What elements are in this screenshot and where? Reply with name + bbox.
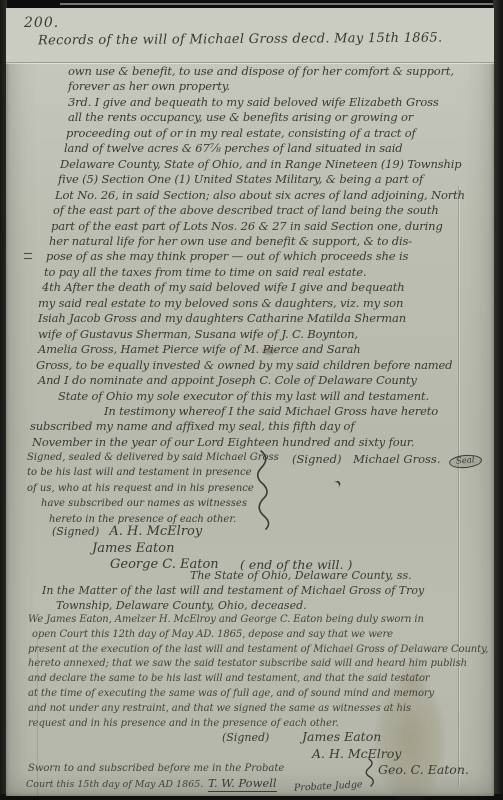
will-line: November in the year of our Lord Eightee… [30,435,465,450]
probate-signed-label: (Signed) [222,731,269,744]
will-line: part of the east part of Lots Nos. 26 & … [30,219,465,234]
probate-line: We James Eaton, Amelzer H. McElroy and G… [28,613,488,628]
will-line: 4th After the death of my said beloved w… [30,280,465,295]
scanned-will-record-page: 200. Records of the will of Michael Gros… [0,0,503,800]
will-line: Delaware County, State of Ohio, and in R… [30,157,465,172]
margin-hyphen-mark [24,253,32,259]
probate-deposition-text: We James Eaton, Amelzer H. McElroy and G… [28,613,488,731]
witness-signature-1: (Signed)A. H. McElroy [52,524,202,539]
probate-witness-signature-1: James Eaton [302,729,381,744]
probate-line: present at the execution of the last wil… [28,643,488,658]
probate-line: and declare the same to be his last will… [28,672,488,687]
attestation-line: of us, who at his request and in his pre… [27,481,279,496]
will-line: forever as her own property. [30,79,465,94]
seal-stamp: Seal [448,454,482,470]
scanner-glare-line [60,3,503,5]
judge-signature: T. W. Powell [208,776,277,792]
probate-jurisdiction-heading: The State of Ohio, Delaware County, ss. [190,569,412,582]
will-line: State of Ohio my sole executor of this m… [30,389,465,404]
probate-matter-line: In the Matter of the last will and testa… [42,584,424,597]
probate-witness-signature-2: A. H. McElroy [312,746,401,761]
will-line: Amelia Gross, Hamet Pierce wife of M. Pi… [30,342,465,357]
probate-line: request and in his presence and in the p… [28,717,488,732]
attestation-clause: Signed, sealed & delivered by said Micha… [27,450,279,527]
photo-edge-right [493,0,503,800]
will-line: wife of Gustavus Sherman, Susana wife of… [30,327,465,342]
witness-signature-2: James Eaton [92,541,174,556]
sworn-brace [362,758,376,788]
attestation-line: to be his last will and testament in pre… [27,465,279,480]
signed-label: (Signed) [292,452,341,466]
attestation-brace [247,449,273,531]
will-line: Isiah Jacob Gross and my daughters Catha… [30,311,465,326]
testator-signature: Michael Gross. [353,452,440,466]
probate-witness-signature-3: Geo. C. Eaton. [378,762,469,777]
will-line: In testimony whereof I the said Michael … [30,404,465,419]
attestation-line: Signed, sealed & delivered by said Micha… [27,450,279,465]
will-line: land of twelve acres & 67⅞ perches of la… [30,141,465,156]
will-line: to pay all the taxes from time to time o… [30,265,465,280]
record-title: Records of the will of Michael Gross dec… [38,31,442,49]
probate-matter-line: Township, Delaware County, Ohio, decease… [56,599,307,612]
will-line: her natural life for her own use and ben… [30,234,465,249]
will-line: subscribed my name and affixed my seal, … [30,419,465,434]
will-line: Lot No. 26, in said Section; also about … [30,188,465,203]
witness-name: A. H. McElroy [109,524,202,539]
will-line: all the rents occupancy, use & benefits … [30,110,465,125]
will-line: proceeding out of or in my real estate, … [30,126,465,141]
will-line: five (5) Section One (1) United States M… [30,172,465,187]
probate-line: at the time of executing the same was of… [28,687,488,702]
testator-signature-line: (Signed) Michael Gross.Seal [292,452,481,468]
will-line: And I do nominate and appoint Joseph C. … [30,373,465,388]
page-number: 200. [24,15,59,31]
probate-line: and not under any restraint, and that we… [28,702,488,717]
will-line: own use & benefit, to use and dispose of… [30,64,465,79]
will-line: 3rd. I give and bequeath to my said belo… [30,95,465,110]
sworn-statement-line: Sworn to and subscribed before me in the… [28,763,284,774]
will-line: pose of as she may think proper — out of… [30,249,465,264]
will-line: Gross, to be equally invested & owned by… [30,358,465,373]
will-line: my said real estate to my beloved sons &… [30,296,465,311]
sworn-statement-line: Court this 15th day of May AD 1865. [26,779,203,790]
signed-label: (Signed) [52,525,99,538]
will-body-text: own use & benefit, to use and dispose of… [30,64,465,450]
attestation-line: have subscribed our names as witnesses [27,496,279,511]
probate-line: open Court this 12th day of May AD. 1865… [28,628,488,643]
probate-line: hereto annexed; that we saw the said tes… [28,657,488,672]
will-line: of the east part of the above described … [30,203,465,218]
